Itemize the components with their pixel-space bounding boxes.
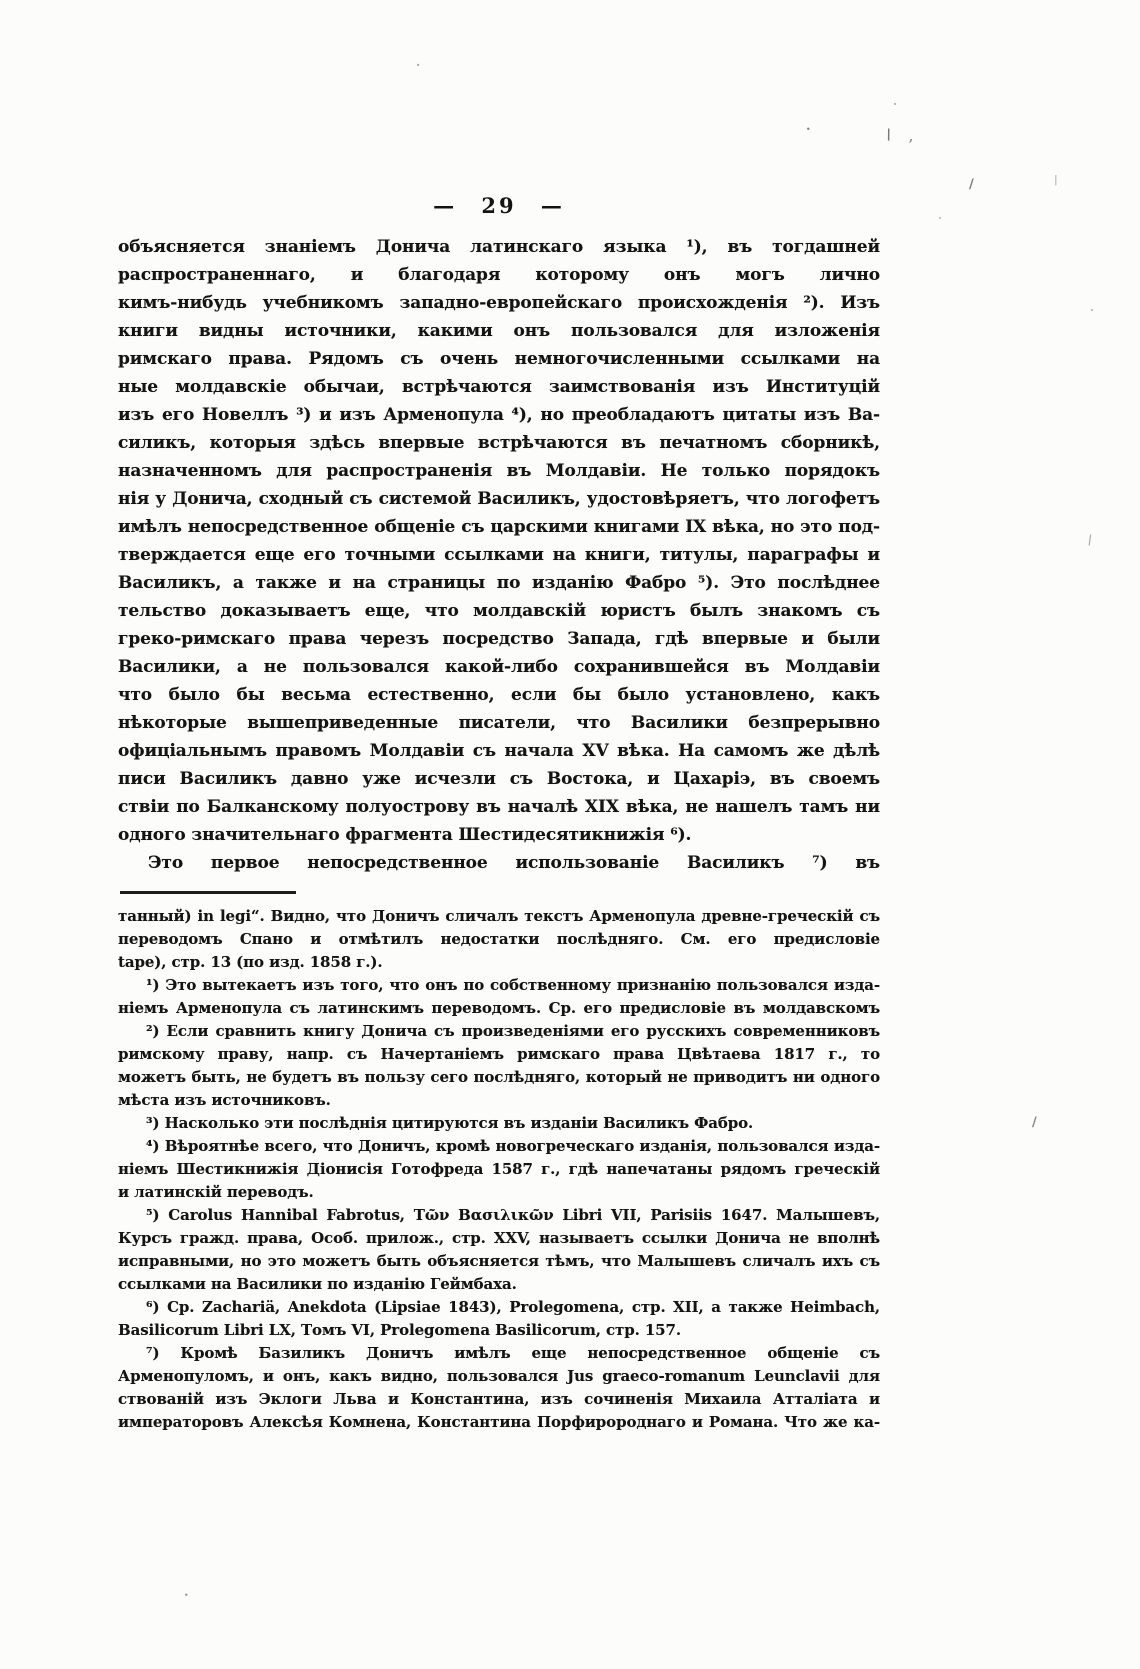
footnote-line: Арменопуломъ, и онъ, какъ видно, пользов… <box>118 1365 880 1388</box>
footnotes-block: танный) in legi“. Видно, что Доничъ слич… <box>118 905 880 1434</box>
footnote-line: можетъ быть, не будетъ въ пользу сего по… <box>118 1066 880 1089</box>
scan-speck: . <box>893 96 897 107</box>
main-text-line: тверждается еще его точными ссылками на … <box>118 541 880 569</box>
scan-speck: / <box>969 178 974 191</box>
main-text-line: писи Василикъ давно уже исчезли съ Восто… <box>118 765 880 793</box>
main-text-line: объясняется знаніемъ Донича латинскаго я… <box>118 233 880 261</box>
main-text-line: кимъ-нибудь учебникомъ западно-европейск… <box>118 289 880 317</box>
scan-speck: . <box>938 210 942 221</box>
scan-speck: . <box>1090 302 1094 313</box>
footnote-line: ¹) Это вытекаетъ изъ того, что онъ по со… <box>118 974 880 997</box>
main-text-line: одного значительнаго фрагмента Шестидеся… <box>118 821 880 849</box>
main-text-line: изъ его Новеллъ ³) и изъ Арменопула ⁴), … <box>118 401 880 429</box>
scan-speck: . <box>416 56 420 68</box>
scan-speck: \ <box>884 128 893 143</box>
footnote-line: переводомъ Спано и отмѣтилъ недостатки п… <box>118 928 880 951</box>
footnote-line: танный) in legi“. Видно, что Доничъ слич… <box>118 905 880 928</box>
footnote-line: ⁴) Вѣроятнѣе всего, что Доничъ, кромѣ но… <box>118 1135 880 1158</box>
footnote-line: ніемъ Шестикнижія Діонисія Готофреда 158… <box>118 1158 880 1181</box>
main-text-line: назначенномъ для распространенія въ Молд… <box>118 457 880 485</box>
main-text-line: что было бы весьма естественно, если бы … <box>118 681 880 709</box>
footnote-separator-rule <box>120 891 296 894</box>
page-number: — 29 — <box>118 193 880 218</box>
scan-speck: . <box>184 1586 189 1599</box>
main-text-line: нія у Донича, сходный съ системой Васили… <box>118 485 880 513</box>
footnote-line: ⁵) Carolus Hannibal Fabrotus, Τῶν Βασιλι… <box>118 1204 880 1227</box>
footnote-line: ніемъ Арменопула съ латинскимъ переводом… <box>118 997 880 1020</box>
footnote-line: ³) Насколько эти послѣднія цитируются въ… <box>118 1112 880 1135</box>
main-text-line: греко-римскаго права черезъ посредство З… <box>118 625 880 653</box>
scan-speck: | <box>1054 176 1058 186</box>
footnote-line: императоровъ Алексѣя Комнена, Константин… <box>118 1411 880 1434</box>
main-text-line: силикъ, которыя здѣсь впервые встрѣчаютс… <box>118 429 880 457</box>
footnote-line: ссылками на Василики по изданію Геймбаха… <box>118 1273 880 1296</box>
scan-speck: / <box>1032 1116 1037 1129</box>
main-text-line: римскаго права. Рядомъ съ очень немногоч… <box>118 345 880 373</box>
scan-speck: . <box>806 120 811 133</box>
main-text-line: распространеннаго, и благодаря которому … <box>118 261 880 289</box>
footnote-line: Курсъ гражд. права, Особ. прилож., стр. … <box>118 1227 880 1250</box>
footnote-line: ²) Если сравнить книгу Донича съ произве… <box>118 1020 880 1043</box>
main-text-line: Василикъ, а также и на страницы по издан… <box>118 569 880 597</box>
footnote-line: исправными, но это можетъ быть объясняет… <box>118 1250 880 1273</box>
footnote-line: ⁶) Ср. Zachariä, Anekdota (Lipsiae 1843)… <box>118 1296 880 1319</box>
main-text-line: офиціальнымъ правомъ Молдавіи съ начала … <box>118 737 880 765</box>
footnote-line: ⁷) Кромѣ Базиликъ Доничъ имѣлъ еще непос… <box>118 1342 880 1365</box>
footnote-line: Basilicorum Libri LX, Томъ VI, Prolegome… <box>118 1319 880 1342</box>
main-text-line: Это первое непосредственное использовані… <box>118 849 880 877</box>
main-text-line: ствіи по Балканскому полуострову въ нача… <box>118 793 880 821</box>
scan-speck: , <box>909 131 913 143</box>
main-text-line: нѣкоторые вышеприведенные писатели, что … <box>118 709 880 737</box>
footnote-line: и латинскій переводъ. <box>118 1181 880 1204</box>
main-text-block: объясняется знаніемъ Донича латинскаго я… <box>118 233 880 877</box>
footnote-line: римскому праву, напр. съ Начертаніемъ ри… <box>118 1043 880 1066</box>
main-text-line: тельство доказываетъ еще, что молдавскій… <box>118 597 880 625</box>
main-text-line: имѣлъ непосредственное общеніе съ царски… <box>118 513 880 541</box>
footnote-line: мѣста изъ источниковъ. <box>118 1089 880 1112</box>
scan-speck: | <box>1087 534 1093 545</box>
main-text-line: книги видны источники, какими онъ пользо… <box>118 317 880 345</box>
main-text-line: Василики, а не пользовался какой-либо со… <box>118 653 880 681</box>
main-text-line: ные молдавскіе обычаи, встрѣчаются заимс… <box>118 373 880 401</box>
footnote-line: ствованій изъ Эклоги Льва и Константина,… <box>118 1388 880 1411</box>
footnote-line: tape), стр. 13 (по изд. 1858 г.). <box>118 951 880 974</box>
book-page: — 29 — объясняется знаніемъ Донича латин… <box>0 0 1140 1669</box>
